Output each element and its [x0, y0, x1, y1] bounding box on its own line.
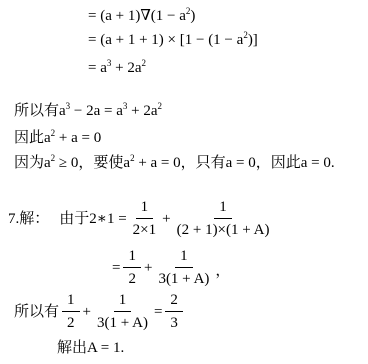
problem-number: 7.解： — [8, 210, 49, 228]
statement-text: ≥ 0，要使a — [55, 155, 130, 171]
plus-operator: + — [162, 210, 170, 228]
solution-result-line: 解出A = 1. — [57, 338, 124, 358]
equation-text: ) — [190, 8, 195, 24]
statement-text: 因此a — [14, 130, 51, 146]
fraction-denominator: 2 — [64, 312, 78, 332]
exponent: 2 — [142, 58, 147, 68]
statement-text: 因为a — [14, 155, 51, 171]
fraction: 1 3(1 + A) — [155, 247, 212, 288]
plus-operator: + — [83, 303, 91, 321]
solution-line-1: 7.解： 由于2∗1 = 1 2×1 + 1 (2 + 1)×(1 + A) — [8, 198, 275, 239]
fraction-denominator: 3 — [167, 312, 181, 332]
equals-sign: = — [112, 259, 120, 277]
statement-text: 所以有a — [14, 103, 66, 119]
fraction-numerator: 1 — [62, 291, 80, 312]
fraction-numerator: 1 — [214, 198, 232, 219]
fraction-denominator: 3(1 + A) — [94, 312, 151, 332]
fraction-denominator: 3(1 + A) — [155, 268, 212, 288]
equals-sign: = — [154, 303, 162, 321]
fraction: 1 (2 + 1)×(1 + A) — [174, 198, 273, 239]
fraction: 1 2 — [62, 291, 80, 332]
equation-text: = a — [88, 60, 107, 76]
statement-text: + a = 0 — [55, 130, 101, 146]
fraction: 1 2 — [123, 247, 141, 288]
statement-line-3: 因为a2 ≥ 0，要使a2 + a = 0，只有a = 0，因此a = 0. — [14, 153, 335, 173]
fraction-denominator: (2 + 1)×(1 + A) — [174, 219, 273, 239]
plus-operator: + — [144, 259, 152, 277]
equation-line-2: = (a + 1 + 1) × [1 − (1 − a2)] — [88, 30, 258, 50]
statement-text: − 2a = a — [70, 103, 123, 119]
statement-line-2: 因此a2 + a = 0 — [14, 128, 101, 148]
fraction-numerator: 1 — [114, 291, 132, 312]
statement-text: + 2a — [127, 103, 157, 119]
fraction-denominator: 2 — [125, 268, 139, 288]
solution-text: 所以有 — [14, 303, 59, 321]
result-text: 解出A = 1. — [57, 340, 124, 356]
fraction-numerator: 2 — [165, 291, 183, 312]
equation-line-3: = a3 + 2a2 — [88, 58, 146, 78]
fraction-numerator: 1 — [123, 247, 141, 268]
equation-text: )] — [248, 32, 258, 48]
fraction: 1 3(1 + A) — [94, 291, 151, 332]
statement-text: + a = 0，只有a = 0，因此a = 0. — [135, 155, 335, 171]
exponent: 2 — [158, 101, 163, 111]
fraction-denominator: 2×1 — [130, 219, 159, 239]
equation-text: = (a + 1 + 1) × [1 − (1 − a — [88, 32, 243, 48]
comma: ， — [215, 262, 230, 288]
math-document: = (a + 1)∇(1 − a2) = (a + 1 + 1) × [1 − … — [0, 0, 368, 364]
equation-text: + 2a — [111, 60, 141, 76]
fraction: 2 3 — [165, 291, 183, 332]
solution-line-2: = 1 2 + 1 3(1 + A) ， — [112, 247, 230, 288]
fraction-numerator: 1 — [136, 198, 154, 219]
equation-line-1: = (a + 1)∇(1 − a2) — [88, 6, 195, 26]
statement-line-1: 所以有a3 − 2a = a3 + 2a2 — [14, 101, 162, 121]
fraction: 1 2×1 — [130, 198, 159, 239]
solution-text: 由于2∗1 = — [59, 210, 126, 228]
equation-text: = (a + 1)∇(1 − a — [88, 8, 186, 24]
fraction-numerator: 1 — [175, 247, 193, 268]
solution-line-3: 所以有 1 2 + 1 3(1 + A) = 2 3 — [14, 291, 186, 332]
